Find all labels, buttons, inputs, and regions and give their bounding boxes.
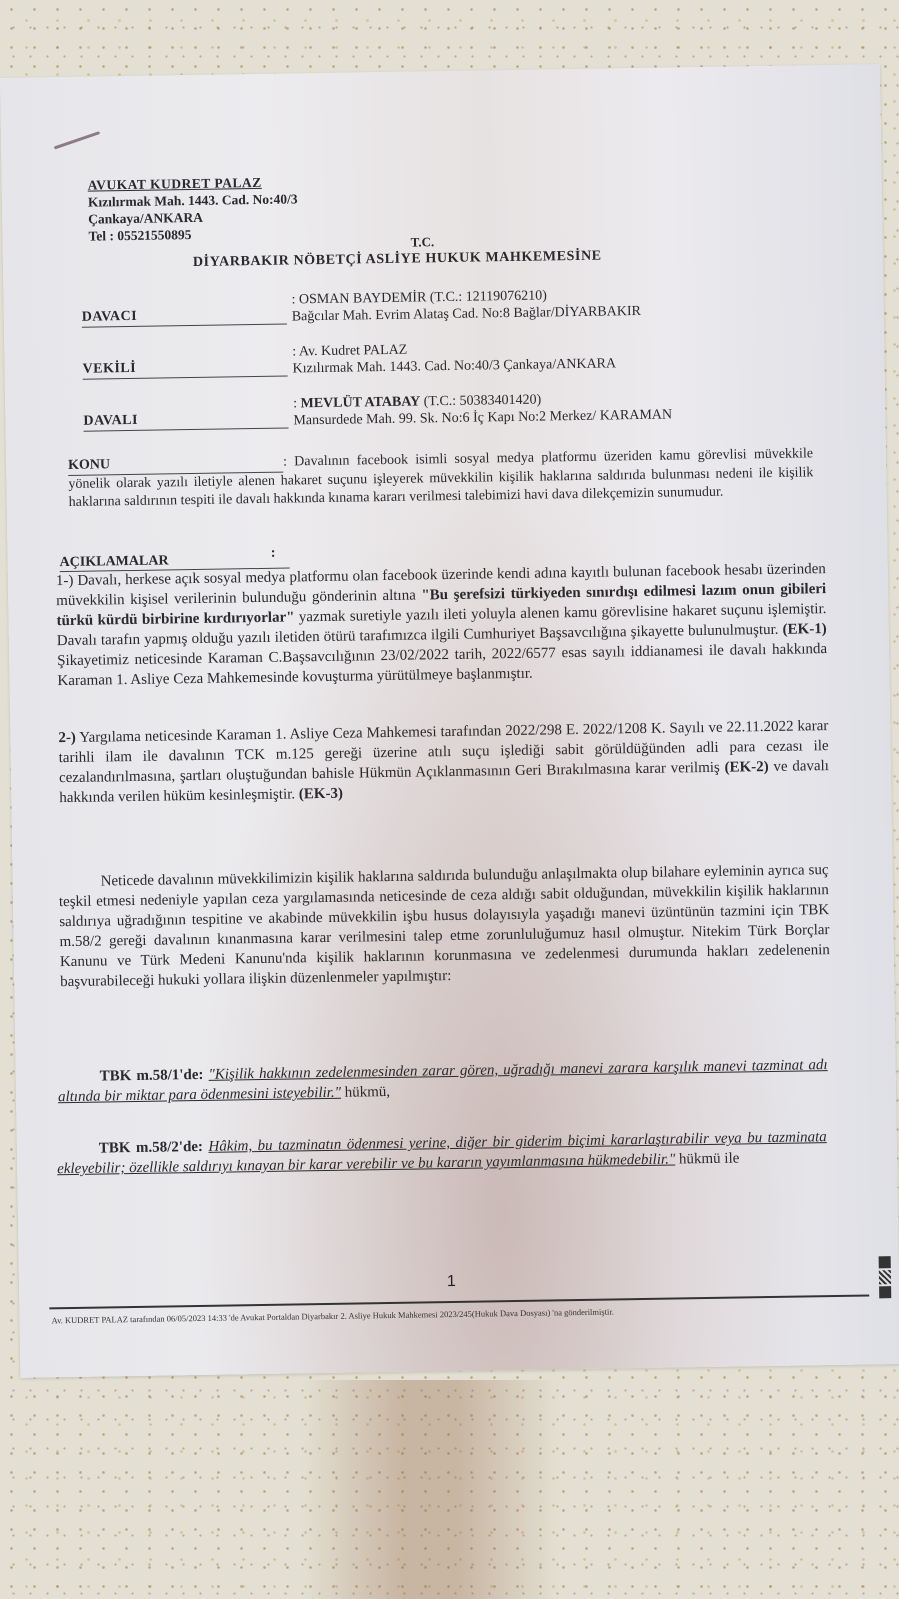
document-page: AVUKAT KUDRET PALAZ Kızılırmak Mah. 1443…	[0, 64, 899, 1378]
attorney-label: VEKİLİ	[82, 358, 287, 380]
lawyer-address-1: Kızılırmak Mah. 1443. Cad. No:40/3	[88, 190, 298, 210]
letterhead: AVUKAT KUDRET PALAZ Kızılırmak Mah. 1443…	[88, 173, 299, 244]
defendant-label: DAVALI	[83, 410, 288, 432]
annex-ek3: (EK-3)	[299, 786, 343, 803]
subject-section: KONU: Davalının facebook isimli sosyal m…	[68, 445, 814, 512]
page-number: 1	[447, 1273, 456, 1291]
shadow	[300, 1380, 560, 1599]
qr-code-icon	[877, 1254, 894, 1300]
party-attorney: VEKİLİ : Av. Kudret PALAZ Kızılırmak Mah…	[82, 345, 842, 357]
paragraph-tbk-58-2: TBK m.58/2'de: Hâkim, bu tazminatın öden…	[57, 1127, 828, 1179]
defendant-name: MEVLÜT ATABAY	[300, 394, 420, 411]
defendant-id: (T.C.: 50383401420)	[420, 393, 541, 410]
party-plaintiff: DAVACI : OSMAN BAYDEMİR (T.C.: 121190762…	[82, 293, 842, 305]
footer-note: Av. KUDRET PALAZ tarafından 06/05/2023 1…	[51, 1307, 614, 1326]
annex-ek2: (EK-2)	[724, 759, 768, 776]
court-heading: DİYARBAKIR NÖBETÇİ ASLİYE HUKUK MAHKEMES…	[193, 249, 602, 271]
paragraph-3: Neticede davalının müvekkilimizin kişili…	[58, 860, 830, 992]
plaintiff-label: DAVACI	[82, 306, 287, 328]
footer-divider	[49, 1294, 869, 1309]
party-defendant: DAVALI : MEVLÜT ATABAY (T.C.: 5038340142…	[83, 397, 843, 409]
paragraph-1: 1-) Davalı, herkese açık sosyal medya pl…	[56, 559, 828, 691]
paragraph-tbk-58-1: TBK m.58/1'de: "Kişilik hakkının zedelen…	[58, 1055, 829, 1107]
lawyer-phone: Tel : 05521550895	[88, 224, 298, 244]
subject-label: KONU	[68, 454, 283, 476]
paragraph-2: 2-) Yargılama neticesinde Karaman 1. Asl…	[58, 716, 829, 808]
staple-icon	[54, 131, 100, 149]
tc-heading: T.C.	[411, 234, 435, 250]
annex-ek1: (EK-1)	[782, 621, 826, 638]
